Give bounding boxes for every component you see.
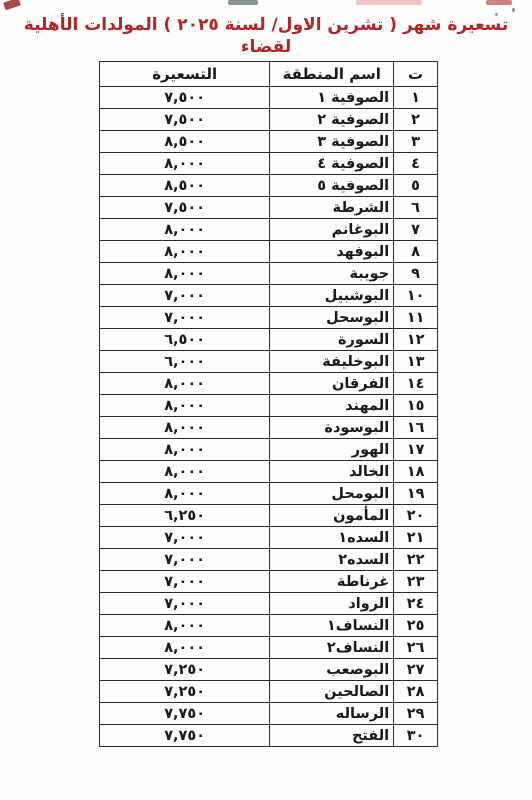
row-area-name: البوسودة xyxy=(270,417,394,439)
row-area-name: النساف٢ xyxy=(270,637,394,659)
table-row: ٧البوغانم٨,٠٠٠ xyxy=(100,219,438,241)
table-row: ٣الصوفية ٣٨,٥٠٠ xyxy=(100,131,438,153)
row-area-name: الخالد xyxy=(270,461,394,483)
row-price: ٧,٠٠٠ xyxy=(100,549,270,571)
table-row: ٢٨الصالحين٧,٢٥٠ xyxy=(100,681,438,703)
table-row: ٢الصوفية ٢٧,٥٠٠ xyxy=(100,109,438,131)
row-serial-number: ٥ xyxy=(394,175,438,197)
row-area-name: جويبة xyxy=(270,263,394,285)
table-row: ٩جويبة٨,٠٠٠ xyxy=(100,263,438,285)
row-serial-number: ١٨ xyxy=(394,461,438,483)
row-area-name: السورة xyxy=(270,329,394,351)
header-area-name: اسم المنطقة xyxy=(270,62,394,87)
row-price: ٨,٠٠٠ xyxy=(100,417,270,439)
row-area-name: السده٢ xyxy=(270,549,394,571)
row-area-name: الفرقان xyxy=(270,373,394,395)
table-row: ١٨الخالد٨,٠٠٠ xyxy=(100,461,438,483)
scan-smudge-artifact xyxy=(356,0,422,5)
table-row: ٢٥النساف١٨,٠٠٠ xyxy=(100,615,438,637)
row-serial-number: ١٧ xyxy=(394,439,438,461)
scan-speck-artifact xyxy=(512,8,515,12)
row-area-name: البومحل xyxy=(270,483,394,505)
row-price: ٧,٥٠٠ xyxy=(100,87,270,109)
row-serial-number: ١٥ xyxy=(394,395,438,417)
row-serial-number: ١١ xyxy=(394,307,438,329)
scan-smudge-artifact xyxy=(3,0,21,10)
table-row: ٢٦النساف٢٨,٠٠٠ xyxy=(100,637,438,659)
table-row: ٢٠المأمون٦,٢٥٠ xyxy=(100,505,438,527)
row-serial-number: ٢ xyxy=(394,109,438,131)
row-serial-number: ١ xyxy=(394,87,438,109)
row-price: ٧,٥٠٠ xyxy=(100,109,270,131)
generator-pricing-table: ت اسم المنطقة التسعيرة ١الصوفية ١٧,٥٠٠٢ا… xyxy=(99,61,438,747)
row-serial-number: ٧ xyxy=(394,219,438,241)
row-price: ٧,٧٥٠ xyxy=(100,703,270,725)
scan-smudge-artifact xyxy=(228,0,258,5)
row-serial-number: ٨ xyxy=(394,241,438,263)
row-area-name: البوفهد xyxy=(270,241,394,263)
row-serial-number: ١٦ xyxy=(394,417,438,439)
row-area-name: البوشبيل xyxy=(270,285,394,307)
table-row: ١٣البوخليفة٦,٠٠٠ xyxy=(100,351,438,373)
table-row: ٢٧البوصعب٧,٢٥٠ xyxy=(100,659,438,681)
table-row: ١٢السورة٦,٥٠٠ xyxy=(100,329,438,351)
row-area-name: الصالحين xyxy=(270,681,394,703)
table-row: ٢٩الرساله٧,٧٥٠ xyxy=(100,703,438,725)
row-serial-number: ١٣ xyxy=(394,351,438,373)
row-serial-number: ٣ xyxy=(394,131,438,153)
row-serial-number: ٢٣ xyxy=(394,571,438,593)
row-area-name: النساف١ xyxy=(270,615,394,637)
table-row: ١٠البوشبيل٧,٠٠٠ xyxy=(100,285,438,307)
row-price: ٨,٠٠٠ xyxy=(100,615,270,637)
row-price: ٧,٠٠٠ xyxy=(100,527,270,549)
row-price: ٨,٠٠٠ xyxy=(100,241,270,263)
scan-smudge-artifact xyxy=(486,0,512,5)
row-price: ٦,٠٠٠ xyxy=(100,351,270,373)
row-area-name: المأمون xyxy=(270,505,394,527)
row-price: ٨,٠٠٠ xyxy=(100,461,270,483)
row-price: ٨,٠٠٠ xyxy=(100,483,270,505)
row-area-name: الهور xyxy=(270,439,394,461)
table-row: ٥الصوفية ٥٨,٥٠٠ xyxy=(100,175,438,197)
row-price: ٨,٠٠٠ xyxy=(100,637,270,659)
row-price: ٨,٥٠٠ xyxy=(100,131,270,153)
row-serial-number: ٦ xyxy=(394,197,438,219)
row-price: ٨,٠٠٠ xyxy=(100,439,270,461)
row-serial-number: ٢١ xyxy=(394,527,438,549)
row-price: ٨,٥٠٠ xyxy=(100,175,270,197)
row-area-name: الصوفية ٣ xyxy=(270,131,394,153)
table-body: ١الصوفية ١٧,٥٠٠٢الصوفية ٢٧,٥٠٠٣الصوفية ٣… xyxy=(100,87,438,747)
table-row: ٤الصوفية ٤٨,٠٠٠ xyxy=(100,153,438,175)
table-row: ١٥المهند٨,٠٠٠ xyxy=(100,395,438,417)
row-price: ٧,٠٠٠ xyxy=(100,571,270,593)
row-price: ٧,٠٠٠ xyxy=(100,593,270,615)
table-row: ١٧الهور٨,٠٠٠ xyxy=(100,439,438,461)
table-row: ١٦البوسودة٨,٠٠٠ xyxy=(100,417,438,439)
row-serial-number: ١٠ xyxy=(394,285,438,307)
document-page: تسعيرة شهر ( تشرين الاول/ لسنة ٢٠٢٥ ) ال… xyxy=(0,0,532,800)
row-price: ٧,٥٠٠ xyxy=(100,197,270,219)
row-area-name: الشرطة xyxy=(270,197,394,219)
row-serial-number: ٢٠ xyxy=(394,505,438,527)
row-price: ٦,٥٠٠ xyxy=(100,329,270,351)
row-area-name: الصوفية ١ xyxy=(270,87,394,109)
row-area-name: الصوفية ٢ xyxy=(270,109,394,131)
table-row: ٢١السده١٧,٠٠٠ xyxy=(100,527,438,549)
row-serial-number: ١٢ xyxy=(394,329,438,351)
table-header-row: ت اسم المنطقة التسعيرة xyxy=(100,62,438,87)
table-row: ٣٠الفتح٧,٧٥٠ xyxy=(100,725,438,747)
row-area-name: البوغانم xyxy=(270,219,394,241)
header-serial-number: ت xyxy=(394,62,438,87)
header-price: التسعيرة xyxy=(100,62,270,87)
row-serial-number: ٢٨ xyxy=(394,681,438,703)
row-area-name: الصوفية ٤ xyxy=(270,153,394,175)
row-price: ٧,٢٥٠ xyxy=(100,681,270,703)
table-row: ٢٣غرناطة٧,٠٠٠ xyxy=(100,571,438,593)
table-row: ٢٢السده٢٧,٠٠٠ xyxy=(100,549,438,571)
row-area-name: السده١ xyxy=(270,527,394,549)
row-price: ٧,٠٠٠ xyxy=(100,285,270,307)
title-line-1: تسعيرة شهر ( تشرين الاول/ لسنة ٢٠٢٥ ) ال… xyxy=(24,15,509,57)
row-price: ٧,٠٠٠ xyxy=(100,307,270,329)
row-serial-number: ٢٩ xyxy=(394,703,438,725)
row-area-name: البوصعب xyxy=(270,659,394,681)
row-serial-number: ١٤ xyxy=(394,373,438,395)
row-area-name: الرواد xyxy=(270,593,394,615)
row-serial-number: ٣٠ xyxy=(394,725,438,747)
table-row: ٦الشرطة٧,٥٠٠ xyxy=(100,197,438,219)
row-area-name: المهند xyxy=(270,395,394,417)
row-price: ٧,٧٥٠ xyxy=(100,725,270,747)
row-area-name: غرناطة xyxy=(270,571,394,593)
row-serial-number: ٢٥ xyxy=(394,615,438,637)
row-area-name: البوسحل xyxy=(270,307,394,329)
row-price: ٨,٠٠٠ xyxy=(100,263,270,285)
table-row: ١١البوسحل٧,٠٠٠ xyxy=(100,307,438,329)
row-price: ٦,٢٥٠ xyxy=(100,505,270,527)
row-price: ٨,٠٠٠ xyxy=(100,373,270,395)
table-row: ٨البوفهد٨,٠٠٠ xyxy=(100,241,438,263)
row-price: ٧,٢٥٠ xyxy=(100,659,270,681)
row-serial-number: ٢٢ xyxy=(394,549,438,571)
row-serial-number: ٩ xyxy=(394,263,438,285)
row-area-name: الرساله xyxy=(270,703,394,725)
row-area-name: البوخليفة xyxy=(270,351,394,373)
row-serial-number: ٢٤ xyxy=(394,593,438,615)
table-row: ٢٤الرواد٧,٠٠٠ xyxy=(100,593,438,615)
row-serial-number: ٢٧ xyxy=(394,659,438,681)
row-area-name: الصوفية ٥ xyxy=(270,175,394,197)
row-price: ٨,٠٠٠ xyxy=(100,395,270,417)
row-price: ٨,٠٠٠ xyxy=(100,219,270,241)
row-serial-number: ٤ xyxy=(394,153,438,175)
row-area-name: الفتح xyxy=(270,725,394,747)
table-row: ١الصوفية ١٧,٥٠٠ xyxy=(100,87,438,109)
table-row: ١٩البومحل٨,٠٠٠ xyxy=(100,483,438,505)
row-serial-number: ٢٦ xyxy=(394,637,438,659)
table-row: ١٤الفرقان٨,٠٠٠ xyxy=(100,373,438,395)
row-serial-number: ١٩ xyxy=(394,483,438,505)
row-price: ٨,٠٠٠ xyxy=(100,153,270,175)
